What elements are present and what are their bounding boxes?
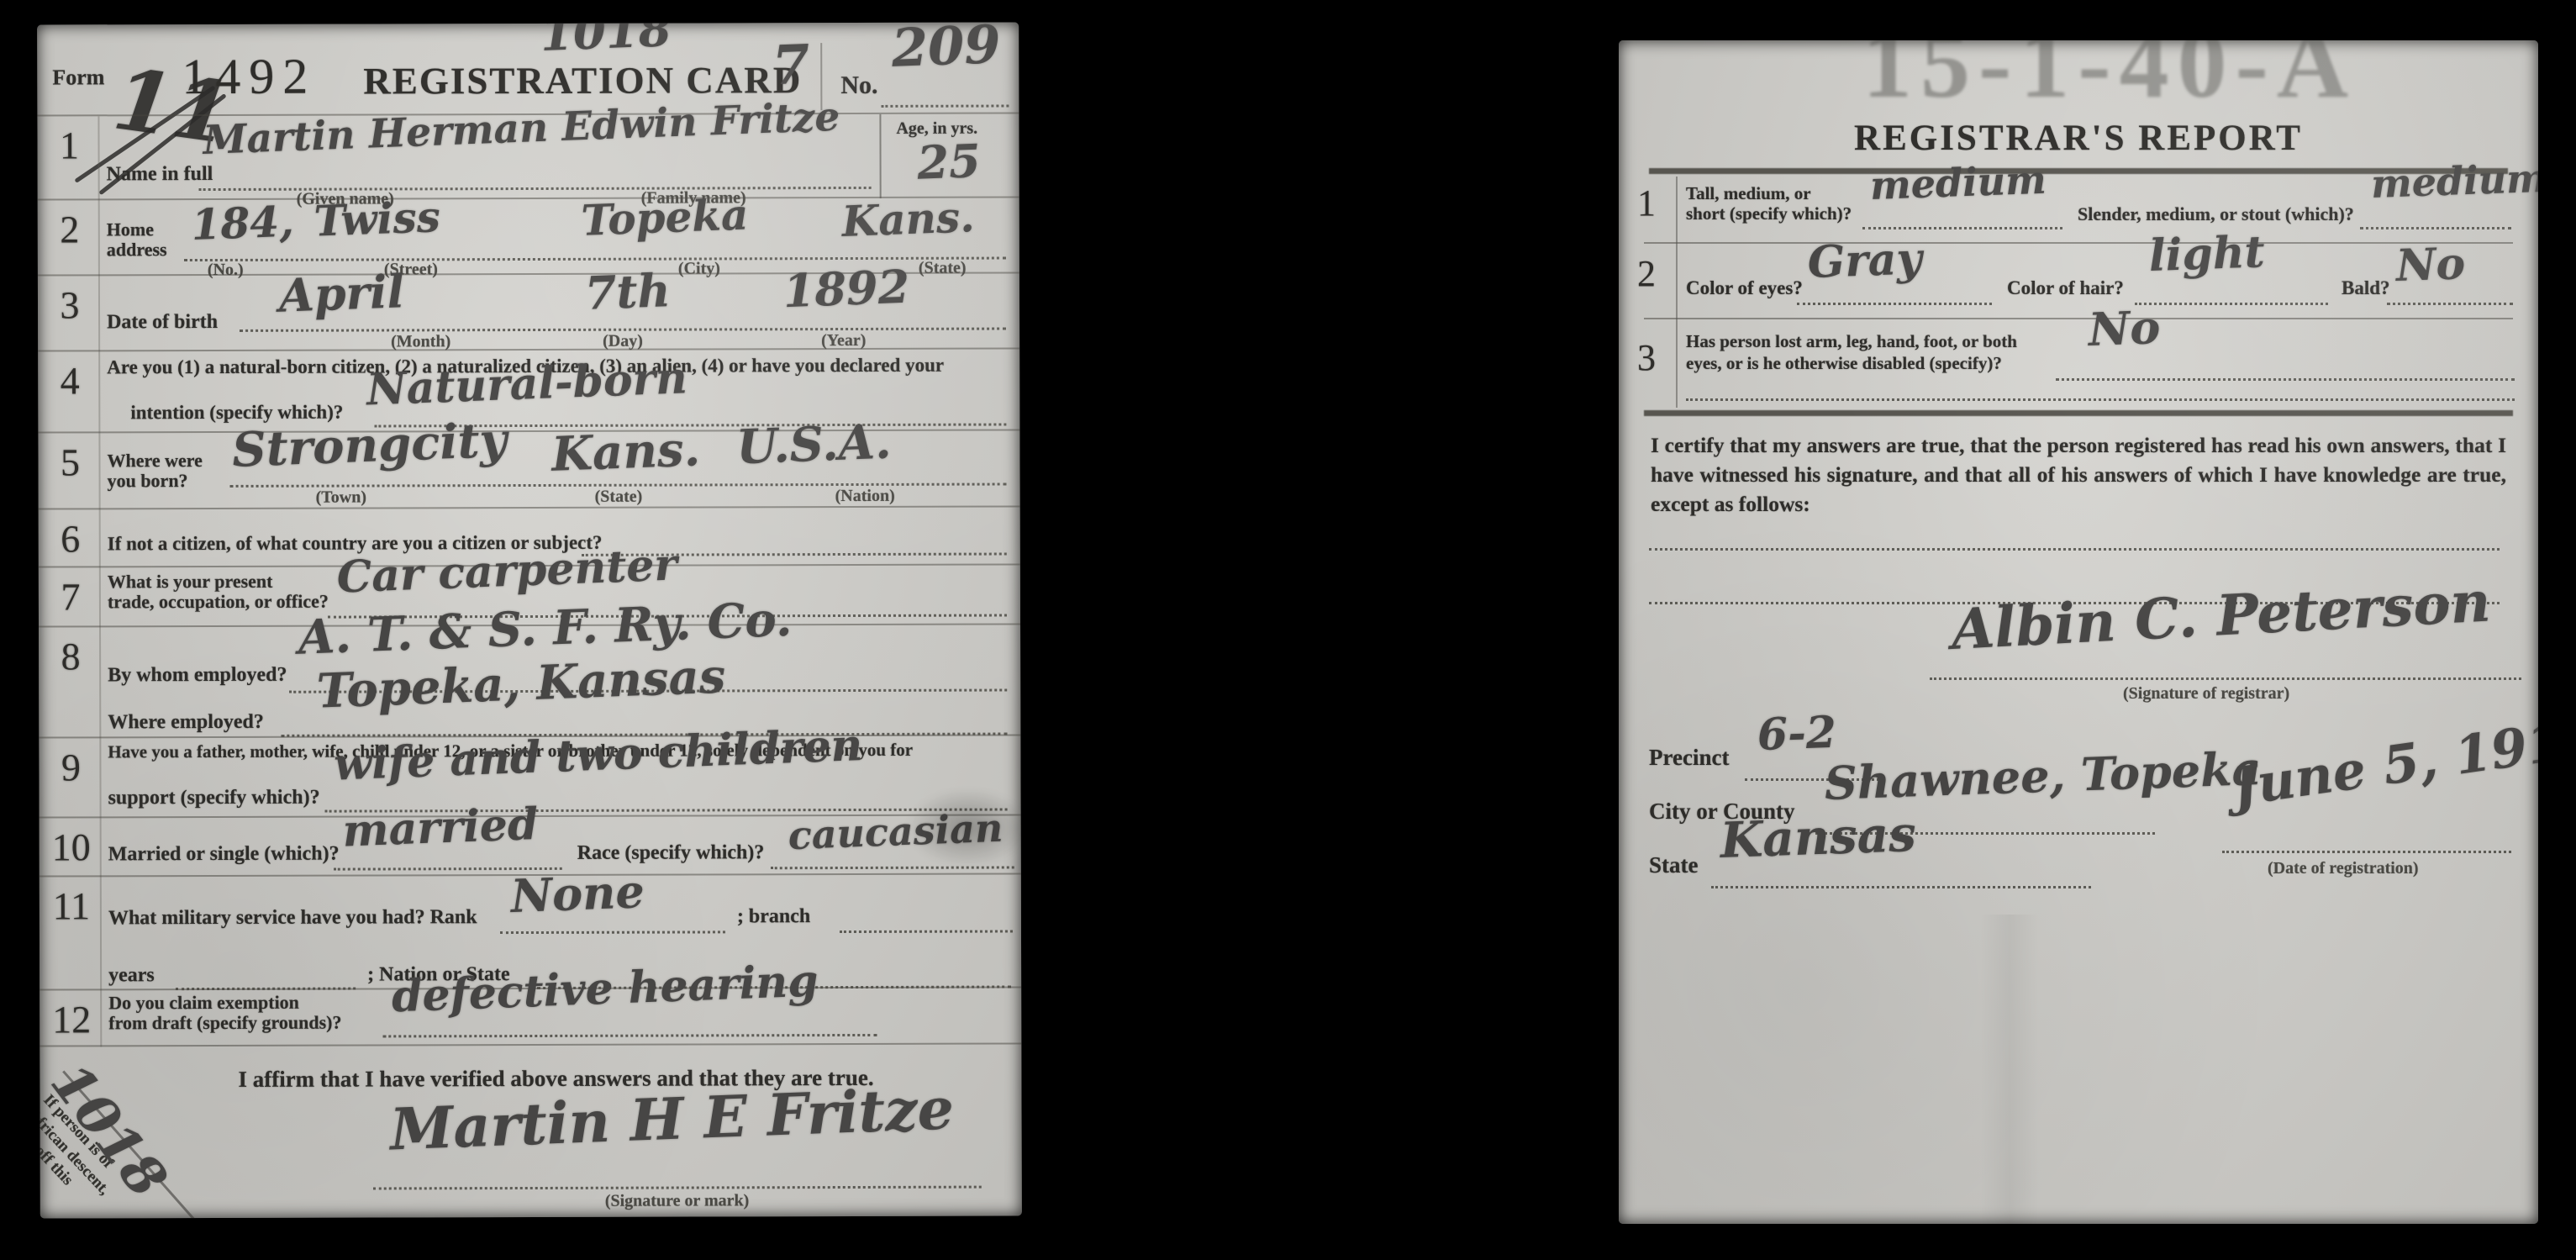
disability-label: Has person lost arm, leg, hand, foot, or… <box>1686 331 2017 352</box>
row-number: 9 <box>47 745 94 789</box>
dob-day-handwriting: 7th <box>584 263 672 320</box>
birth-state-handwriting: Kans. <box>550 421 701 482</box>
dotted-line <box>2360 227 2511 229</box>
height-label: Tall, medium, or <box>1686 183 1811 204</box>
registration-card-footer: I affirm that I have verified above answ… <box>40 1042 1022 1218</box>
signature-caption: (Signature or mark) <box>605 1191 750 1210</box>
age-box: Age, in yrs. 25 <box>879 113 1020 198</box>
dotted-line <box>1930 677 2521 680</box>
dotted-line <box>1686 398 2515 401</box>
card-title: REGISTRATION CARD <box>363 58 802 103</box>
row-number: 10 <box>48 825 95 869</box>
row-number: 7 <box>47 574 94 619</box>
race-label: Race (specify which)? <box>577 841 765 865</box>
row-number: 12 <box>48 997 95 1041</box>
age-handwriting: 25 <box>916 134 982 190</box>
employed-where-label: Where employed? <box>108 711 264 734</box>
birthplace-label: Where were <box>107 450 202 472</box>
row-number: 1 <box>1637 182 1656 224</box>
registrars-report-card: 15-1-40-A REGISTRAR'S REPORT 1 Tall, med… <box>1619 40 2538 1224</box>
state-label: State <box>1649 852 1698 878</box>
dotted-line <box>2387 303 2513 305</box>
height-handwriting: medium <box>1869 157 2047 208</box>
dotted-line <box>1649 548 2500 551</box>
birthplace-label: you born? <box>108 470 188 492</box>
registration-card-header: Form 11 1492 REGISTRATION CARD 1018 7 No… <box>37 22 1019 114</box>
row-number: 2 <box>46 207 93 251</box>
address-street-handwriting: Twiss <box>313 192 441 246</box>
address-city-handwriting: Topeka <box>581 189 750 245</box>
eyes-label: Color of eyes? <box>1686 277 1803 299</box>
employer-label: By whom employed? <box>108 664 287 688</box>
scanned-draft-registration: Form 11 1492 REGISTRATION CARD 1018 7 No… <box>0 0 2576 1260</box>
dotted-line <box>840 930 1013 933</box>
ink-smudge <box>905 787 1022 867</box>
disability-label: eyes, or is he otherwise disabled (speci… <box>1686 353 2002 374</box>
handwritten-serial-top: 1018 <box>540 22 672 61</box>
heavy-rule <box>1644 410 2513 416</box>
row-number: 3 <box>1637 336 1656 379</box>
address-no-handwriting: 184, <box>191 197 295 250</box>
row-number: 6 <box>47 516 94 561</box>
rank-handwriting: None <box>510 864 645 923</box>
report-title: REGISTRAR'S REPORT <box>1619 118 2538 159</box>
occupation-label: trade, occupation, or office? <box>108 591 329 614</box>
dotted-line <box>1797 303 1992 305</box>
dob-month-handwriting: April <box>278 264 405 323</box>
birth-town-handwriting: Strongcity <box>231 413 508 478</box>
birth-nation-handwriting: U.S.A. <box>735 414 892 475</box>
disability-handwriting: No <box>2088 300 2162 356</box>
row-number: 4 <box>46 358 93 403</box>
married-label: Married or single (which)? <box>108 843 340 867</box>
dotted-line <box>1862 227 2062 229</box>
city-or-county-handwriting: Shawnee, Topeka <box>1824 741 2263 810</box>
row-date-of-birth: 3 Date of birth April 7th 1892 (Month) (… <box>38 272 1019 351</box>
state-caption: (State) <box>595 488 643 507</box>
row-number: 5 <box>46 440 93 484</box>
military-service-label: What military service have you had? Rank <box>108 906 477 930</box>
dob-year-handwriting: 1892 <box>782 260 911 319</box>
handwritten-mark-seven: 7 <box>772 34 811 98</box>
row-employer: 8 By whom employed? A. T. & S. F. Ry. Co… <box>39 623 1020 738</box>
precinct-label: Precinct <box>1649 745 1729 771</box>
row-number: 11 <box>48 883 95 928</box>
occupation-label: What is your present <box>108 571 273 593</box>
dotted-line <box>373 1186 982 1190</box>
build-label: Slender, medium, or stout (which)? <box>2078 203 2354 225</box>
dotted-line <box>881 105 1009 108</box>
row-number: 8 <box>47 634 94 678</box>
registrar-signature-caption: (Signature of registrar) <box>2123 684 2289 704</box>
row-birthplace: 5 Where were you born? Strongcity Kans. … <box>38 429 1019 509</box>
dob-label: Date of birth <box>107 311 218 334</box>
home-address-label: address <box>107 239 167 261</box>
hair-label: Color of hair? <box>2007 277 2124 299</box>
row-separator <box>1644 242 2513 244</box>
dotted-line <box>500 931 725 934</box>
dotted-line <box>1711 886 2091 888</box>
hair-handwriting: light <box>2148 226 2266 282</box>
number-column-line <box>1676 177 1678 408</box>
years-label: years <box>108 964 155 987</box>
row-number: 3 <box>46 282 93 327</box>
stamp-number: 15-1-40-A <box>1862 40 2357 121</box>
certification-text: I certify that my answers are true, that… <box>1651 430 2506 519</box>
bald-handwriting: No <box>2395 238 2466 292</box>
form-label: Form <box>52 65 104 90</box>
nation-caption: (Nation) <box>835 487 895 506</box>
address-state-handwriting: Kans. <box>841 192 976 246</box>
height-label: short (specify which)? <box>1686 203 1852 224</box>
registration-date-caption: (Date of registration) <box>2268 859 2419 878</box>
dependents-question-cont: support (specify which)? <box>108 787 320 810</box>
row-name: 1 Name in full Martin Herman Edwin Fritz… <box>37 112 1019 200</box>
registrar-signature-handwriting: Albin C. Peterson <box>1950 569 2492 662</box>
registration-number: 209 <box>891 22 1002 78</box>
dotted-line <box>2056 378 2515 381</box>
town-caption: (Town) <box>316 488 366 508</box>
branch-label: ; branch <box>737 905 810 928</box>
row-exemption: 12 Do you claim exemption from draft (sp… <box>40 986 1021 1046</box>
dotted-line <box>382 1034 877 1038</box>
row-number: 1 <box>45 123 92 167</box>
citizenship-handwriting: Natural-born <box>366 352 688 415</box>
no-label: No. <box>840 71 877 100</box>
exemption-label: Do you claim exemption <box>108 992 299 1015</box>
bald-label: Bald? <box>2342 277 2390 299</box>
married-handwriting: married <box>341 799 539 857</box>
row-separator <box>1644 318 2513 319</box>
row-number: 2 <box>1637 252 1656 295</box>
home-address-label: Home <box>107 219 154 240</box>
eyes-handwriting: Gray <box>1807 233 1923 288</box>
build-handwriting: medium <box>2370 156 2538 207</box>
registration-date-handwriting: June 5, 1917 <box>2229 706 2538 818</box>
dotted-line <box>2222 851 2511 853</box>
exemption-label: from draft (specify grounds)? <box>108 1012 341 1035</box>
state-handwriting: Kansas <box>1720 805 1917 869</box>
name-label: Name in full <box>107 163 213 186</box>
dotted-line <box>2135 303 2328 305</box>
registration-card: Form 11 1492 REGISTRATION CARD 1018 7 No… <box>37 22 1022 1218</box>
scan-shade-artifact <box>1980 915 2039 1224</box>
precinct-handwriting: 6-2 <box>1757 707 1837 761</box>
